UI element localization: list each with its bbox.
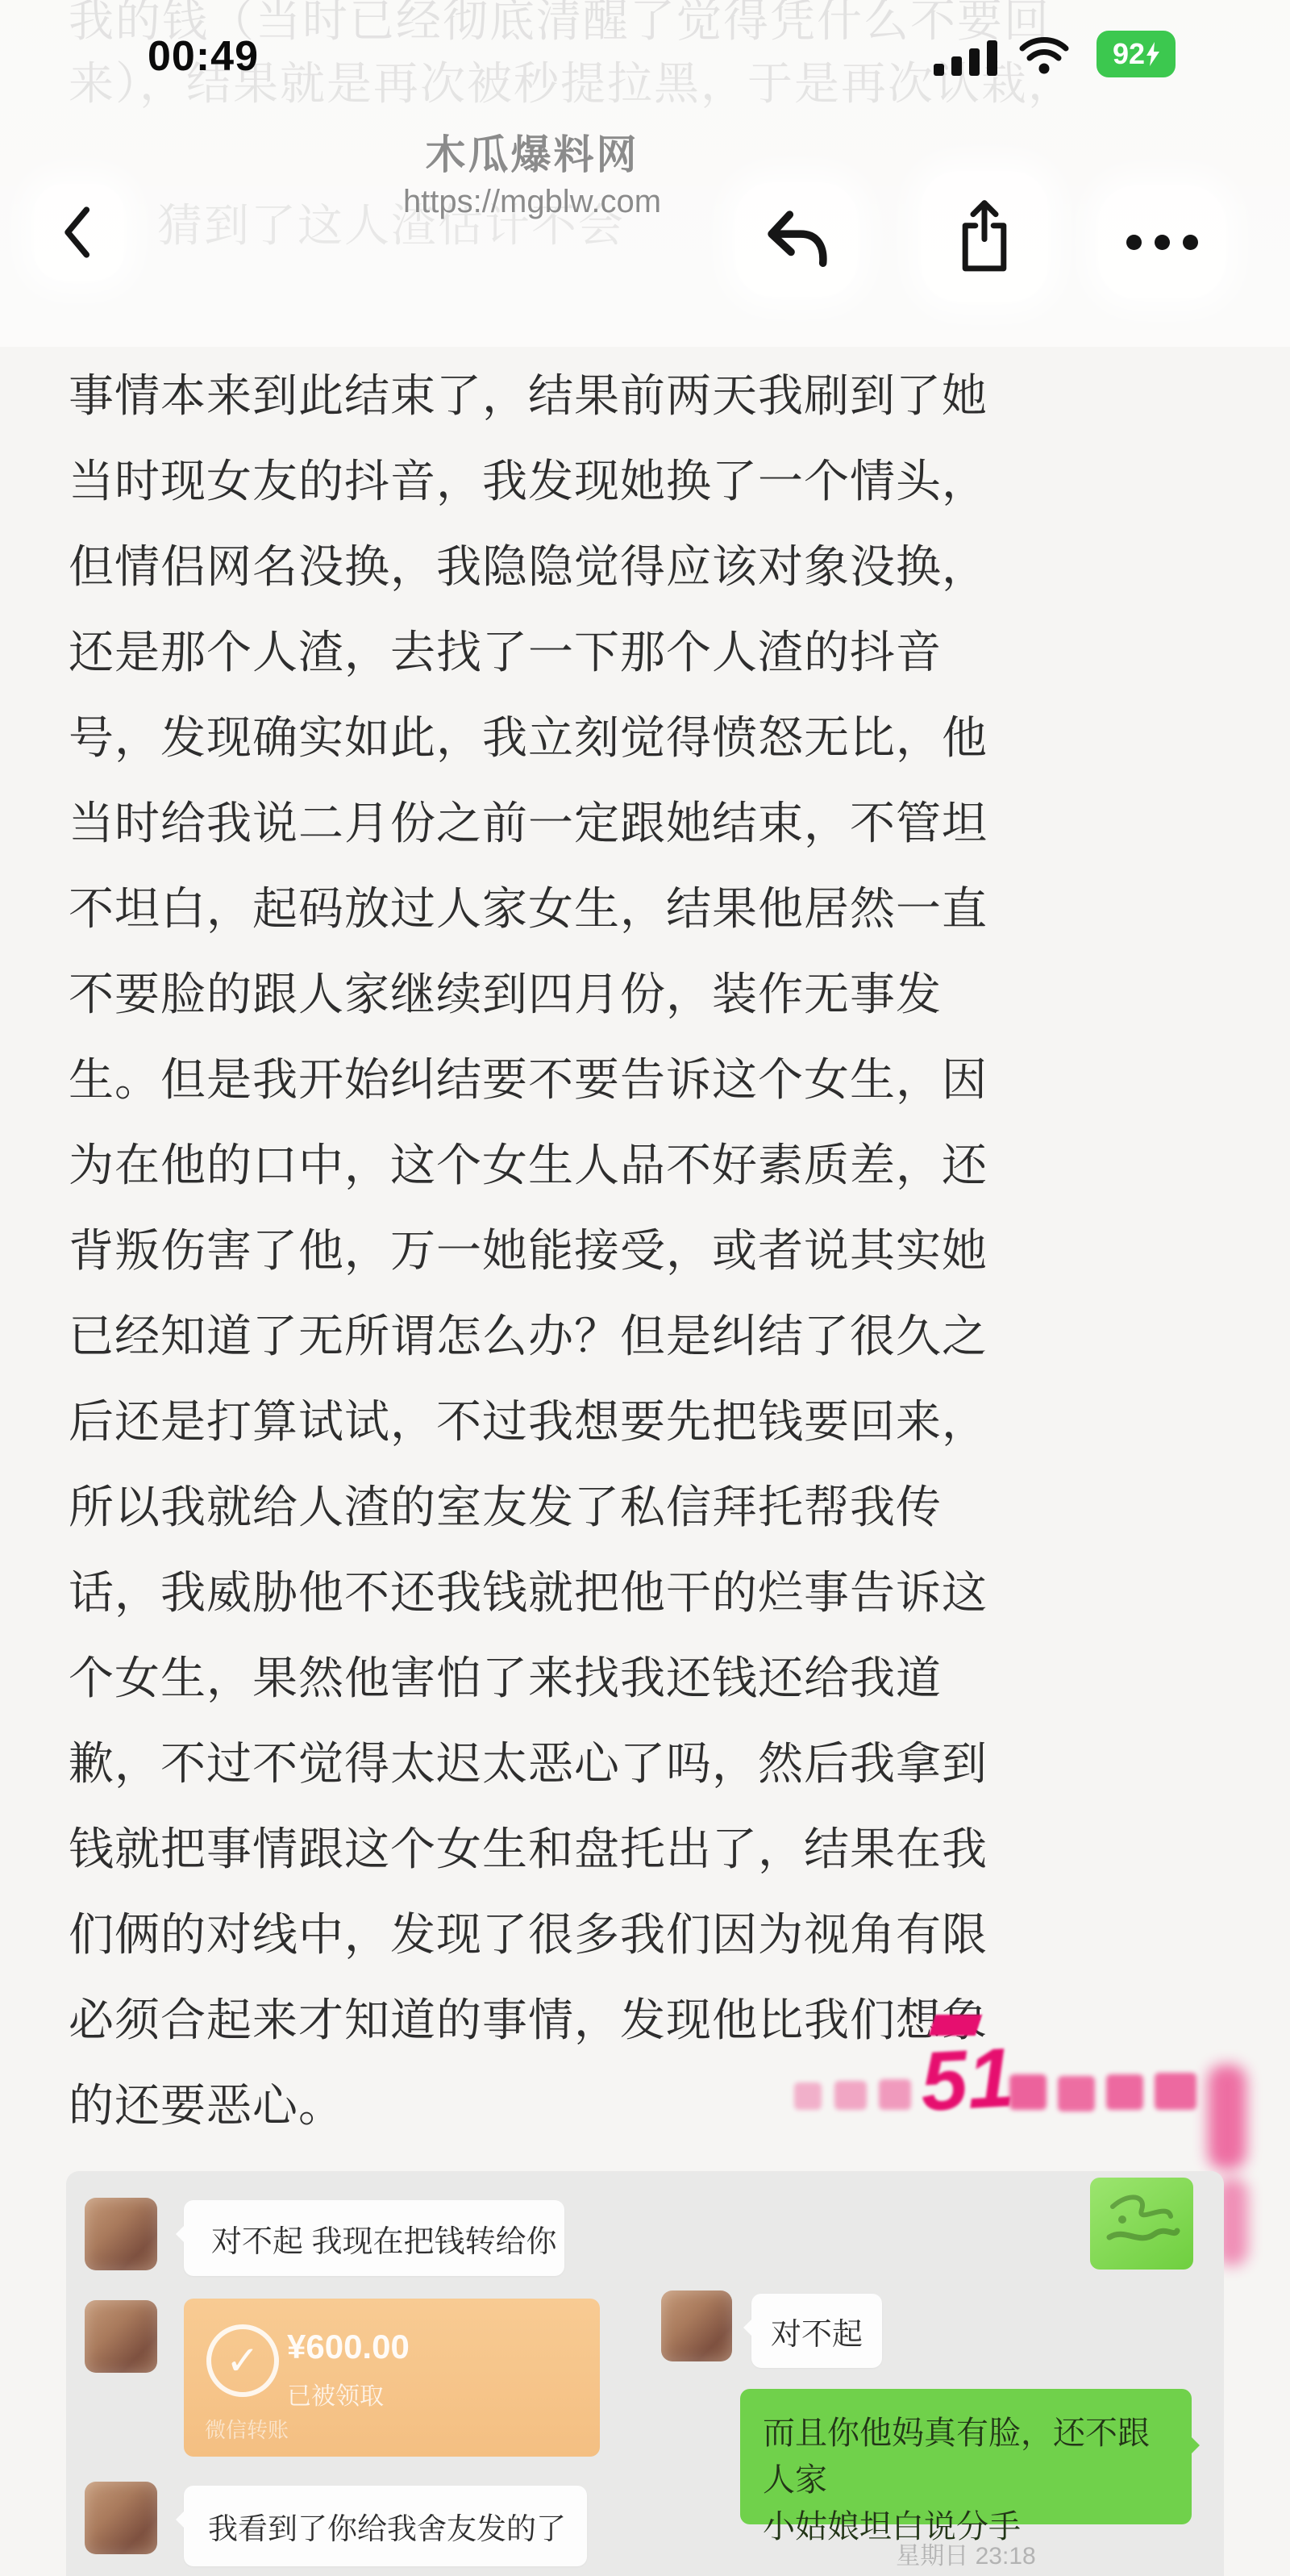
check-circle-icon: ✓	[206, 2324, 279, 2397]
site-watermark: 木瓜爆料网 https://mgblw.com	[322, 123, 742, 220]
back-button[interactable]	[34, 184, 124, 281]
chat-timestamp: 星期日 23:18	[740, 2536, 1192, 2571]
chevron-left-icon	[56, 200, 102, 265]
watermark-site-name: 木瓜爆料网	[322, 123, 742, 181]
charging-bolt-icon	[1146, 42, 1159, 66]
battery-indicator: 92	[1096, 31, 1176, 77]
battery-percent: 92	[1113, 37, 1145, 71]
chat-message: 我看到了你给我舍友发的了	[208, 2504, 566, 2548]
transfer-label: 微信转账	[205, 2414, 289, 2444]
cellular-signal-icon	[934, 40, 1000, 76]
avatar	[85, 2198, 157, 2270]
ellipsis-icon	[1126, 235, 1142, 250]
chat-message: 对不起 我现在把钱转给你	[211, 2216, 557, 2261]
transfer-status: 已被领取	[287, 2376, 384, 2411]
chat-message: 对不起	[771, 2309, 863, 2353]
avatar	[85, 2482, 157, 2554]
chat-screenshot: 对不起 我现在把钱转给你 ✓ ¥600.00 已被领取 微信转账 我看到了你给我…	[66, 2171, 1224, 2576]
wechat-transfer-card: ✓ ¥600.00 已被领取 微信转账	[184, 2299, 600, 2457]
wifi-icon	[1019, 34, 1069, 80]
status-time: 00:49	[148, 32, 259, 81]
watermark-site-url: https://mgblw.com	[322, 184, 742, 220]
avatar	[661, 2290, 732, 2361]
green-sticker-image	[1090, 2178, 1193, 2270]
chat-bubble-right-thread-1: 对不起	[751, 2294, 882, 2368]
chat-bubble-left-2: 我看到了你给我舍友发的了	[184, 2486, 587, 2566]
chat-bubble-left-1: 对不起 我现在把钱转给你	[184, 2200, 564, 2276]
reply-arrow-icon	[762, 205, 831, 274]
article-text: 事情本来到此结束了，结果前两天我刷到了她 当时现女友的抖音，我发现她换了一个情头…	[69, 353, 1238, 2149]
avatar	[85, 2300, 157, 2373]
phone-screen: 我的钱（当时已经彻底清醒了觉得凭什么不要回 来），结果就是再次被秒提拉黑，于是再…	[0, 0, 1290, 2576]
chat-bubble-green: 而且你他妈真有脸，还不跟人家 小姑娘坦白说分手	[740, 2389, 1192, 2524]
undo-button[interactable]	[735, 182, 858, 297]
more-button[interactable]	[1098, 185, 1225, 298]
transfer-amount: ¥600.00	[287, 2328, 410, 2366]
share-icon	[956, 198, 1013, 274]
share-button[interactable]	[921, 171, 1048, 302]
